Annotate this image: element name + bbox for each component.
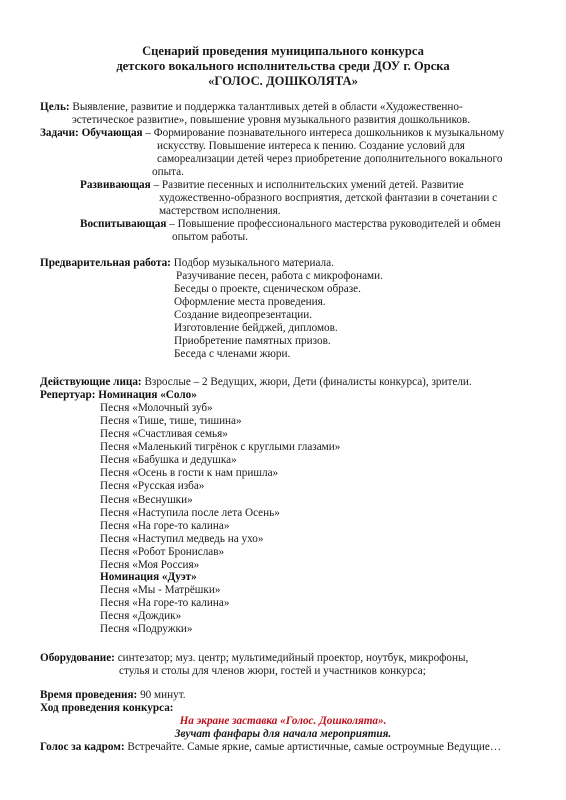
developing-text-3: мастерством исполнения. xyxy=(159,205,281,218)
song-item: Песня «Бабушка и дедушка» xyxy=(100,454,237,467)
title-line-1: Сценарий проведения муниципального конку… xyxy=(0,44,566,59)
prep-label: Предварительная работа: xyxy=(40,257,171,269)
song-item: Песня «Наступил медведь на ухо» xyxy=(100,533,263,546)
voice-line: Голос за кадром: Встречайте. Самые яркие… xyxy=(40,741,501,754)
title-line-3: «ГОЛОС. ДОШКОЛЯТА» xyxy=(0,74,566,89)
prep-item: Подбор музыкального материала. xyxy=(174,257,334,269)
repertoire-label: Репертуар: xyxy=(40,389,95,401)
voice-label: Голос за кадром: xyxy=(40,741,125,753)
song-item: Песня «Робот Бронислав» xyxy=(100,546,224,559)
song-item: Песня «Дождик» xyxy=(100,610,181,623)
equipment-text-1: синтезатор; муз. центр; мультимедийный п… xyxy=(118,652,469,664)
goal-line-1: Цель: Выявление, развитие и поддержка та… xyxy=(40,101,463,114)
tasks-teaching-line-1: Задачи: Обучающая – Формирование познава… xyxy=(40,127,504,140)
song-item: Песня «Осень в гости к нам пришла» xyxy=(100,467,278,480)
song-item: Песня «Веснушки» xyxy=(100,494,193,507)
prep-line-1: Предварительная работа: Подбор музыкальн… xyxy=(40,257,334,270)
duration-value: 90 минут. xyxy=(140,689,185,701)
song-item: Песня «На горе-то калина» xyxy=(100,520,229,533)
prep-item: Разучивание песен, работа с микрофонами. xyxy=(176,270,383,283)
song-item: Песня «Молочный зуб» xyxy=(100,402,213,415)
tasks-label: Задачи: xyxy=(40,127,79,139)
solo-nomination-label: Номинация «Соло» xyxy=(98,389,197,401)
song-item: Песня «На горе-то калина» xyxy=(100,597,229,610)
prep-item: Создание видеопрезентации. xyxy=(174,309,312,322)
screen-note: На экране заставка «Голос. Дошколята». xyxy=(0,715,566,728)
educating-text-2: опытом работы. xyxy=(172,231,248,244)
developing-line-1: Развивающая – Развитие песенных и исполн… xyxy=(80,179,464,192)
song-item: Песня «Тише, тише, тишина» xyxy=(100,415,242,428)
goal-text-2: эстетическое развитие», повышение уровня… xyxy=(72,114,470,127)
progress-label-text: Ход проведения конкурса: xyxy=(40,702,174,714)
prep-item: Оформление места проведения. xyxy=(174,296,326,309)
song-item: Песня «Моя Россия» xyxy=(100,559,199,572)
developing-text-1: – Развитие песенных и исполнительских ум… xyxy=(153,179,463,191)
teaching-text-1: – Формирование познавательного интереса … xyxy=(145,127,504,139)
educating-text-1: – Повышение профессионального мастерства… xyxy=(169,218,500,230)
teaching-label: Обучающая xyxy=(82,127,143,139)
developing-text-2: художественно-образного восприятия, детс… xyxy=(159,192,497,205)
prep-item: Приобретение памятных призов. xyxy=(174,335,331,348)
teaching-text-3: самореализации детей через приобретение … xyxy=(157,153,502,166)
duet-nomination-label: Номинация «Дуэт» xyxy=(100,571,197,584)
educating-label: Воспитывающая xyxy=(80,218,166,230)
duration-line: Время проведения: 90 минут. xyxy=(40,689,186,702)
persons-text: Взрослые – 2 Ведущих, жюри, Дети (финали… xyxy=(144,376,471,388)
screen-note-text: На экране заставка «Голос. Дошколята». xyxy=(180,715,387,727)
goal-label: Цель: xyxy=(40,101,70,113)
song-item: Песня «Мы - Матрёшки» xyxy=(100,584,220,597)
repertoire-line: Репертуар: Номинация «Соло» xyxy=(40,389,197,402)
equipment-text-2: стулья и столы для членов жюри, гостей и… xyxy=(119,665,426,678)
fanfare-note-text: Звучат фанфары для начала мероприятия. xyxy=(175,728,391,740)
song-item: Песня «Счастливая семья» xyxy=(100,428,228,441)
prep-item: Беседа с членами жюри. xyxy=(174,348,290,361)
duet-nomination-text: Номинация «Дуэт» xyxy=(100,571,197,583)
duration-label: Время проведения: xyxy=(40,689,137,701)
song-item: Песня «Наступила после лета Осень» xyxy=(100,507,280,520)
persons-label: Действующие лица: xyxy=(40,376,142,388)
song-item: Песня «Русская изба» xyxy=(100,480,204,493)
progress-label: Ход проведения конкурса: xyxy=(40,702,174,715)
persons-line: Действующие лица: Взрослые – 2 Ведущих, … xyxy=(40,376,472,389)
song-item: Песня «Маленький тигрёнок с круглыми гла… xyxy=(100,441,340,454)
voice-text: Встречайте. Самые яркие, самые артистичн… xyxy=(127,741,501,753)
title-line-2: детского вокального исполнительства сред… xyxy=(0,59,566,74)
developing-label: Развивающая xyxy=(80,179,151,191)
fanfare-note: Звучат фанфары для начала мероприятия. xyxy=(0,728,566,741)
prep-item: Изготовление бейджей, дипломов. xyxy=(174,322,338,335)
equipment-line-1: Оборудование: синтезатор; муз. центр; му… xyxy=(40,652,468,665)
teaching-text-4: опыта. xyxy=(152,166,184,179)
prep-item: Беседы о проекте, сценическом образе. xyxy=(174,283,361,296)
teaching-text-2: искусству. Повышение интереса к пению. С… xyxy=(157,140,465,153)
goal-text-1: Выявление, развитие и поддержка талантли… xyxy=(72,101,462,113)
song-item: Песня «Подружки» xyxy=(100,623,193,636)
equipment-label: Оборудование: xyxy=(40,652,115,664)
educating-line-1: Воспитывающая – Повышение профессиональн… xyxy=(80,218,501,231)
